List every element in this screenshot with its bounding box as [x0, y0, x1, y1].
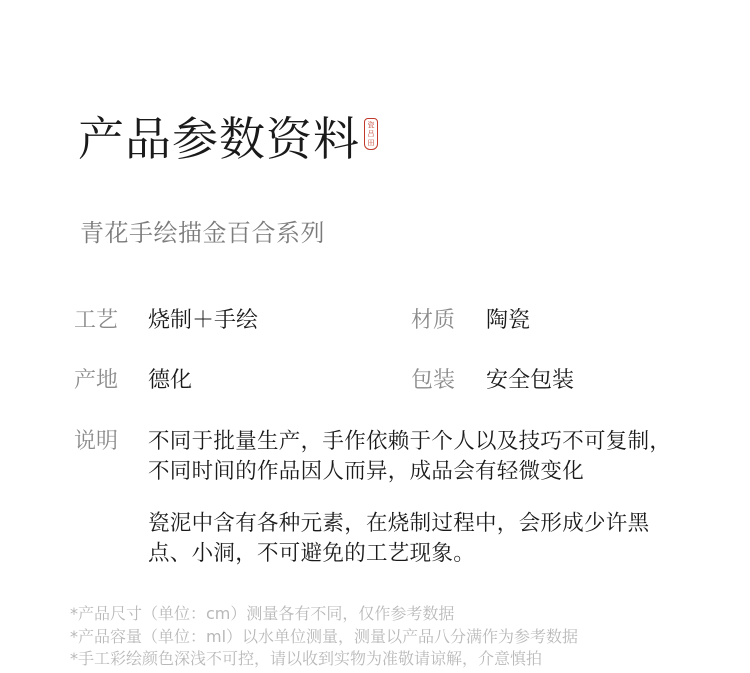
spec-label-material: 材质 — [411, 305, 455, 337]
description-paragraph: 瓷泥中含有各种元素，在烧制过程中，会形成少许黑点、小洞，不可避免的工艺现象。 — [148, 509, 688, 569]
seal-char: 田 — [368, 139, 375, 148]
spec-value-craft: 烧制＋手绘 — [148, 305, 258, 337]
seal-char: 吕 — [368, 130, 375, 139]
footnote-color: *手工彩绘颜色深浅不可控，请以收到实物为准敬请谅解，介意慎拍 — [70, 648, 578, 671]
footnote-capacity: *产品容量（单位：ml）以水单位测量，测量以产品八分满作为参考数据 — [70, 626, 578, 649]
spec-value-packaging: 安全包装 — [486, 365, 574, 397]
footnote-size: *产品尺寸（单位：cm）测量各有不同，仅作参考数据 — [70, 603, 578, 626]
page-title: 产品参数资料 — [78, 110, 360, 168]
spec-row: 工艺 烧制＋手绘 材质 陶瓷 — [0, 305, 750, 337]
spec-label-craft: 工艺 — [74, 305, 118, 337]
spec-label-origin: 产地 — [74, 365, 118, 397]
description-label: 说明 — [74, 426, 118, 458]
product-series-subtitle: 青花手绘描金百合系列 — [80, 217, 325, 249]
spec-value-origin: 德化 — [148, 365, 192, 397]
seal-stamp-icon: 瓷 吕 田 — [364, 118, 378, 150]
spec-value-material: 陶瓷 — [486, 305, 530, 337]
description-paragraph: 不同于批量生产，手作依赖于个人以及技巧不可复制，不同时间的作品因人而异，成品会有… — [148, 427, 688, 487]
title-block: 产品参数资料 瓷 吕 田 — [78, 110, 378, 168]
seal-char: 瓷 — [368, 121, 375, 130]
footnotes: *产品尺寸（单位：cm）测量各有不同，仅作参考数据 *产品容量（单位：ml）以水… — [70, 603, 578, 671]
spec-label-packaging: 包装 — [411, 365, 455, 397]
spec-row: 产地 德化 包装 安全包装 — [0, 365, 750, 397]
